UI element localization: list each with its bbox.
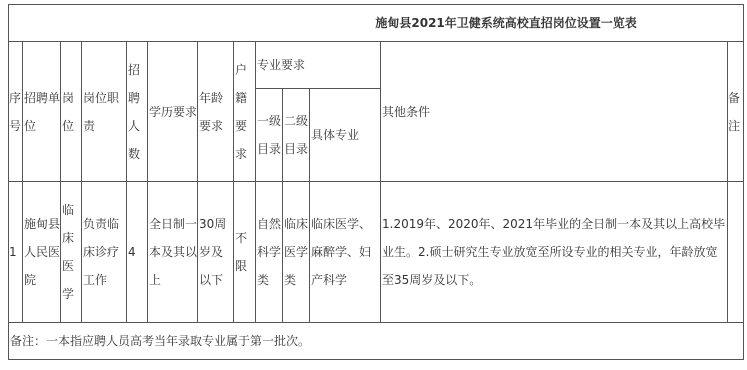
header-position: 岗位 — [61, 42, 82, 182]
cell-major-level1: 自然科学类 — [256, 182, 283, 323]
cell-count: 4 — [127, 182, 148, 323]
cell-major-specific: 临床医学、麻醉学、妇产科学 — [310, 182, 381, 323]
header-education: 学历要求 — [148, 42, 198, 182]
header-other: 其他条件 — [381, 42, 728, 182]
header-count: 招聘人数 — [127, 42, 148, 182]
footnote: 备注：一本指应聘人员高考当年录取专业属于第一批次。 — [9, 323, 744, 360]
header-major-group: 专业要求 — [256, 42, 381, 89]
header-unit: 招聘单位 — [23, 42, 61, 182]
header-age: 年龄要求 — [198, 42, 234, 182]
cell-age: 30周岁及以下 — [198, 182, 234, 323]
cell-other: 1.2019年、2020年、2021年毕业的全日制一本及其以上高校毕业生。2.硕… — [381, 182, 728, 323]
cell-unit: 施甸县人民医院 — [23, 182, 61, 323]
cell-duty: 负责临床诊疗工作 — [82, 182, 127, 323]
header-major-level1: 一级目录 — [256, 89, 283, 182]
cell-education: 全日制一本及其以上 — [148, 182, 198, 323]
cell-major-level2: 临床医学类 — [283, 182, 310, 323]
cell-position: 临床医学 — [61, 182, 82, 323]
header-hukou: 户籍要求 — [234, 42, 256, 182]
table-title: 施甸县2021年卫健系统高校直招岗位设置一览表 — [9, 5, 744, 42]
cell-hukou: 不限 — [234, 182, 256, 323]
header-remark: 备注 — [728, 42, 744, 182]
header-major-specific: 具体专业 — [310, 89, 381, 182]
cell-seq: 1 — [9, 182, 23, 323]
header-seq: 序号 — [9, 42, 23, 182]
table-row: 1 施甸县人民医院 临床医学 负责临床诊疗工作 4 全日制一本及其以上 30周岁… — [9, 182, 744, 323]
recruitment-table: 施甸县2021年卫健系统高校直招岗位设置一览表 序号 招聘单位 岗位 岗位职责 … — [8, 4, 744, 360]
cell-remark — [728, 182, 744, 323]
header-duty: 岗位职责 — [82, 42, 127, 182]
header-major-level2: 二级目录 — [283, 89, 310, 182]
